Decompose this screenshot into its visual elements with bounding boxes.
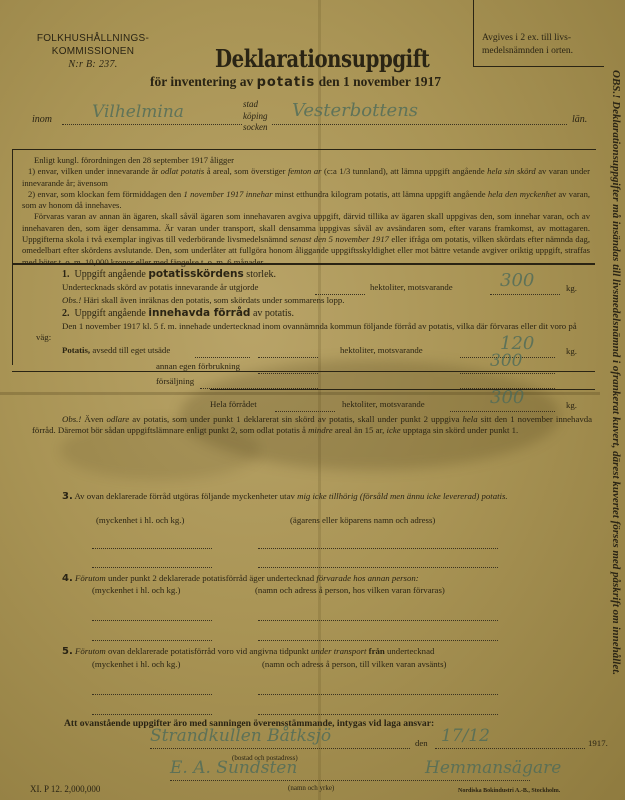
section-5-recipient-field-2[interactable] — [258, 702, 498, 715]
section-3-text: 3. Av ovan deklarerade förråd utgöras fö… — [32, 491, 592, 502]
name-caption: (namn och yrke) — [288, 784, 334, 792]
seed-hl-field-2[interactable] — [258, 345, 318, 358]
instructions-text: Enligt kungl. förordningen den 28 septem… — [22, 155, 590, 268]
section-5-text: 5. Förutom ovan deklarerade potatisförrå… — [62, 646, 434, 657]
section-3-quantity-field-2[interactable] — [92, 555, 212, 568]
section-3-owner-field-2[interactable] — [258, 555, 498, 568]
section-5-col2-caption: (namn och adress å person, till vilken v… — [262, 659, 446, 669]
seed-hl-field[interactable] — [195, 345, 250, 358]
section-4-quantity-field-1[interactable] — [92, 608, 212, 621]
section-5-col1-caption: (myckenhet i hl. och kg.) — [92, 659, 180, 669]
section-5-quantity-field-2[interactable] — [92, 702, 212, 715]
section-2-note: Obs.! Även odlare av potatis, som under … — [32, 414, 592, 436]
section-4-person-field-1[interactable] — [258, 608, 498, 621]
sale-hl-field[interactable] — [200, 376, 318, 389]
section-1-note: Obs.! Häri skall även inräknas den potat… — [62, 295, 344, 305]
printer-imprint: Nordiska Bokindustri A.-B., Stockholm. — [458, 788, 560, 794]
document-subtitle: för inventering av potatis den 1 novembe… — [150, 74, 441, 90]
side-note-vertical: OBS.! Deklarationsuppgifter må insändas … — [610, 70, 622, 800]
section-3-col1-caption: (myckenhet i hl. och kg.) — [96, 515, 184, 525]
print-code: XI. P 12. 2,000,000 — [30, 784, 100, 794]
municipality-type-options: stad köping socken — [243, 99, 268, 134]
section-1-heading: 1. Uppgift angående potatisskördens stor… — [62, 268, 276, 280]
section-3-owner-field-1[interactable] — [258, 536, 498, 549]
county-suffix: län. — [572, 114, 587, 125]
inom-label: inom — [32, 114, 52, 125]
submission-note-box: Avgives i 2 ex. till livs- medelsnämnden… — [473, 0, 604, 67]
document-title: Deklarationsuppgift — [215, 44, 429, 73]
section-4-quantity-field-2[interactable] — [92, 628, 212, 641]
harvest-hl-field[interactable] — [315, 282, 365, 295]
section-divider — [12, 263, 595, 265]
name-occupation-field[interactable]: E. A. Sundsten Hemmansägare — [170, 770, 530, 781]
address-field[interactable]: Strandkullen Båtksjö — [150, 738, 410, 749]
harvest-label: Undertecknads skörd av potatis innevaran… — [62, 282, 258, 292]
municipality-field[interactable]: Vilhelmina — [62, 112, 242, 125]
own-use-row-label: annan egen förbrukning — [156, 361, 240, 371]
section-5-recipient-field-1[interactable] — [258, 682, 498, 695]
sale-row-label: försäljning — [156, 376, 194, 386]
section-3-quantity-field-1[interactable] — [92, 536, 212, 549]
org-line-2: KOMMISSIONEN — [18, 45, 168, 58]
section-4-text: 4. Förutom under punkt 2 deklarerade pot… — [62, 573, 419, 584]
form-number: N:r B: 237. — [18, 58, 168, 71]
hl-label: hektoliter, motsvarande — [370, 282, 453, 292]
harvest-kg-field[interactable]: 300 — [490, 282, 560, 295]
seed-row-label: Potatis, avsedd till eget utsäde — [62, 345, 170, 355]
org-line-1: FOLKHUSHÅLLNINGS- — [18, 32, 168, 45]
section-2-heading: 2. Uppgift angående innehavda förråd av … — [62, 307, 294, 319]
section-4-col2-caption: (namn och adress å person, hos vilken va… — [255, 585, 445, 595]
section-4-col1-caption: (myckenhet i hl. och kg.) — [92, 585, 180, 595]
county-field[interactable]: Vesterbottens — [272, 112, 567, 125]
section-5-quantity-field-1[interactable] — [92, 682, 212, 695]
total-hl-field[interactable] — [275, 399, 335, 412]
date-field[interactable]: 17/12 — [435, 738, 585, 749]
own-use-hl-field[interactable] — [258, 361, 318, 374]
section-3-col2-caption: (ägarens eller köparens namn och adress) — [290, 515, 435, 525]
issuing-organization: FOLKHUSHÅLLNINGS- KOMMISSIONEN N:r B: 23… — [18, 32, 168, 71]
own-use-kg-field[interactable]: 300 — [460, 361, 555, 374]
section-4-person-field-2[interactable] — [258, 628, 498, 641]
total-kg-field[interactable]: 300 — [450, 399, 555, 412]
total-stock-label: Hela förrådet — [210, 399, 257, 409]
